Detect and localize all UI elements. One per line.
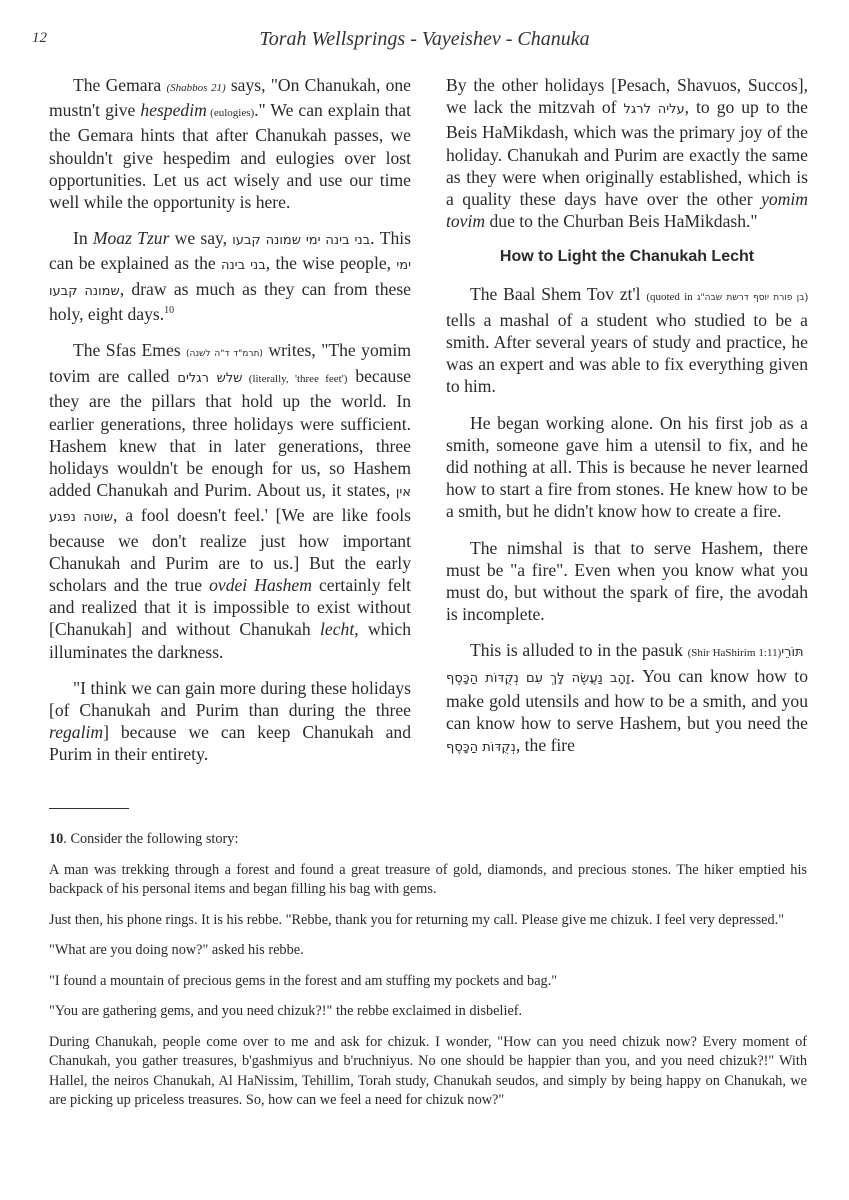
footnote-paragraph: "What are you doing now?" asked his rebb… xyxy=(49,941,807,961)
text: we say, xyxy=(169,228,232,248)
footnote-intro: 10. Consider the following story: xyxy=(49,830,807,850)
text: because they are the pillars that hold u… xyxy=(49,366,411,500)
right-column: By the other holidays [Pesach, Shavuos, … xyxy=(446,74,808,773)
text: The Gemara xyxy=(73,75,166,95)
citation: (Shabbos 21) xyxy=(166,82,225,94)
footnote-paragraph: Just then, his phone rings. It is his re… xyxy=(49,911,807,931)
italic-term: regalim xyxy=(49,722,103,742)
footnote-ref[interactable]: 10 xyxy=(164,305,174,316)
paragraph-baal-shem-tov: The Baal Shem Tov zt'l (quoted in בן פור… xyxy=(446,283,808,398)
paragraph-pasuk: This is alluded to in the pasuk (Shir Ha… xyxy=(446,639,808,759)
hebrew-text: עליה לרגל xyxy=(624,102,685,117)
section-heading: How to Light the Chanukah Lecht xyxy=(446,246,808,268)
text: The Sfas Emes xyxy=(73,340,186,360)
paragraph-sfas-emes: The Sfas Emes (תרמ"ד ד"ה לשנה) writes, "… xyxy=(49,339,411,663)
citation: (Shir HaShirim 1:11) xyxy=(688,647,782,659)
hebrew-text: נְקֻדּוֹת הַכָּסֶף xyxy=(446,740,516,755)
paragraph-other-holidays: By the other holidays [Pesach, Shavuos, … xyxy=(446,74,808,232)
text: , the wise people, xyxy=(266,253,397,273)
text: due to the Churban Beis HaMikdash." xyxy=(485,211,758,231)
paragraph-moaz-tzur: In Moaz Tzur we say, בני בינה ימי שמונה … xyxy=(49,227,411,325)
footnotes: 10. Consider the following story: A man … xyxy=(49,830,807,1122)
paragraph-gain-more: "I think we can gain more during these h… xyxy=(49,677,411,766)
page-header: 12 Torah Wellsprings - Vayeishev - Chanu… xyxy=(0,28,849,52)
running-title: Torah Wellsprings - Vayeishev - Chanuka xyxy=(0,28,849,51)
paragraph-gemara: The Gemara (Shabbos 21) says, "On Chanuk… xyxy=(49,74,411,213)
hebrew-text: בני בינה ימי שמונה קבעו xyxy=(232,233,370,248)
text: This is alluded to in the pasuk xyxy=(470,640,688,660)
text: . Consider the following story: xyxy=(63,831,238,847)
hebrew-citation: (תרמ"ד ד"ה לשנה) xyxy=(186,349,263,359)
footnote-number: 10 xyxy=(49,831,63,847)
text: , the fire xyxy=(516,735,575,755)
citation: ) xyxy=(804,291,808,303)
paragraph-nimshal: The nimshal is that to serve Hashem, the… xyxy=(446,537,808,626)
paragraph-working-alone: He began working alone. On his first job… xyxy=(446,412,808,523)
footnote-separator xyxy=(49,808,129,809)
left-column: The Gemara (Shabbos 21) says, "On Chanuk… xyxy=(49,74,411,780)
text: ] because we can keep Chanukah and Purim… xyxy=(49,722,411,764)
italic-term: Moaz Tzur xyxy=(93,228,170,248)
footnote-paragraph: During Chanukah, people come over to me … xyxy=(49,1033,807,1111)
italic-term: lecht xyxy=(320,619,354,639)
citation: (quoted in xyxy=(646,291,697,303)
hebrew-text: שלש רגלים xyxy=(177,371,242,386)
text: In xyxy=(73,228,93,248)
text: The Baal Shem Tov zt'l xyxy=(470,284,646,304)
footnote-paragraph: "I found a mountain of precious gems in … xyxy=(49,972,807,992)
gloss: (literally, 'three feet') xyxy=(242,373,347,385)
footnote-paragraph: A man was trekking through a forest and … xyxy=(49,861,807,900)
text: "I think we can gain more during these h… xyxy=(49,678,411,720)
hebrew-citation: בן פורת יוסף דרשת שבה"ג xyxy=(697,293,805,303)
italic-term: hespedim xyxy=(140,100,206,120)
gloss: (eulogies) xyxy=(207,107,254,119)
hebrew-text: בני בינה xyxy=(221,258,266,273)
footnote-paragraph: "You are gathering gems, and you need ch… xyxy=(49,1002,807,1022)
italic-term: ovdei Hashem xyxy=(209,575,312,595)
text: tells a mashal of a student who studied … xyxy=(446,310,808,397)
